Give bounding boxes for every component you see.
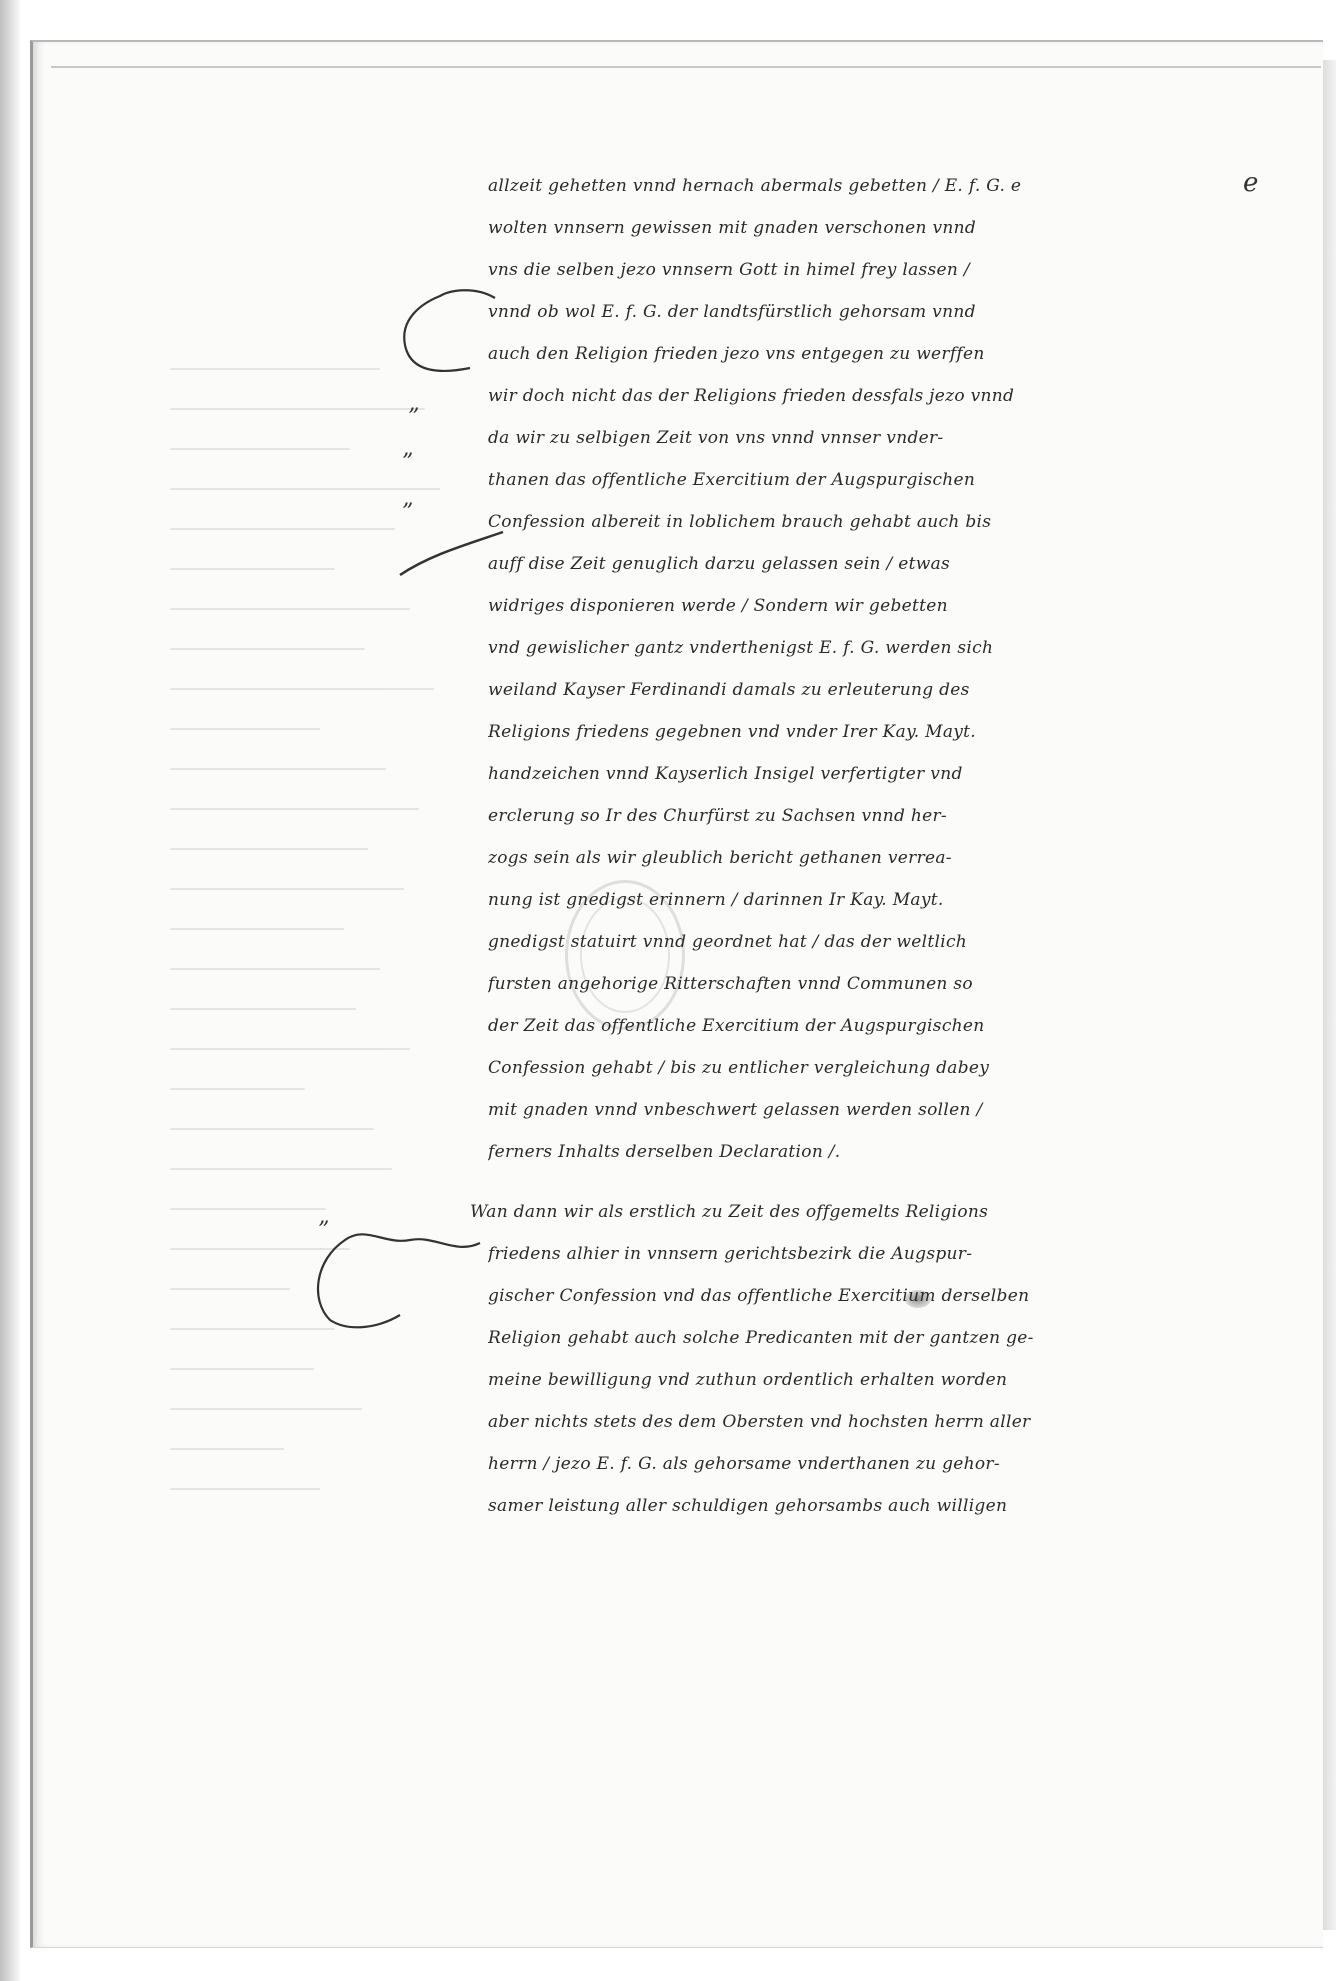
text-line: Confession albereit in loblichem brauch … xyxy=(488,501,1308,543)
text-line: Religion gehabt auch solche Predicanten … xyxy=(488,1317,1308,1359)
text-line: der Zeit das offentliche Exercitium der … xyxy=(488,1005,1308,1047)
text-line: gnedigst statuirt vnnd geordnet hat / da… xyxy=(488,921,1308,963)
margin-mark-3: ” xyxy=(402,500,413,525)
margin-brace-upper-icon xyxy=(380,290,500,400)
text-line: friedens alhier in vnnsern gerichtsbezir… xyxy=(488,1233,1308,1275)
binding-shadow xyxy=(0,0,22,1981)
text-line: samer leistung aller schuldigen gehorsam… xyxy=(488,1485,1308,1527)
text-line: mit gnaden vnnd vnbeschwert gelassen wer… xyxy=(488,1089,1308,1131)
text-line: erclerung so Ir des Churfürst zu Sachsen… xyxy=(488,795,1308,837)
text-line: Religions friedens gegebnen vnd vnder Ir… xyxy=(488,711,1308,753)
page-top-edge xyxy=(51,66,1321,72)
margin-mark-1: ” xyxy=(408,405,419,430)
text-line: auch den Religion frieden jezo vns entge… xyxy=(488,333,1308,375)
text-line: vns die selben jezo vnnsern Gott in hime… xyxy=(488,249,1308,291)
margin-mark-4: ” xyxy=(318,1218,329,1243)
paragraph-1: allzeit gehetten vnnd hernach abermals g… xyxy=(488,165,1308,1173)
text-line: meine bewilligung vnd zuthun ordentlich … xyxy=(488,1359,1308,1401)
text-line: wolten vnnsern gewissen mit gnaden versc… xyxy=(488,207,1308,249)
text-line: aber nichts stets des dem Obersten vnd h… xyxy=(488,1401,1308,1443)
text-line: wir doch nicht das der Religions frieden… xyxy=(488,375,1308,417)
text-line: ferners Inhalts derselben Declaration /. xyxy=(488,1131,1308,1173)
text-line: vnd gewislicher gantz vnderthenigst E. f… xyxy=(488,627,1308,669)
text-line: auff dise Zeit genuglich darzu gelassen … xyxy=(488,543,1308,585)
margin-brace-lower-icon xyxy=(305,1215,485,1335)
text-line: thanen das offentliche Exercitium der Au… xyxy=(488,459,1308,501)
paragraph-2: Wan dann wir als erstlich zu Zeit des of… xyxy=(488,1191,1308,1527)
text-line: herrn / jezo E. f. G. als gehorsame vnde… xyxy=(488,1443,1308,1485)
text-line: weiland Kayser Ferdinandi damals zu erle… xyxy=(488,669,1308,711)
text-line: vnnd ob wol E. f. G. der landtsfürstlich… xyxy=(488,291,1308,333)
text-line: Wan dann wir als erstlich zu Zeit des of… xyxy=(470,1191,1308,1233)
text-line: fursten angehorige Ritterschaften vnnd C… xyxy=(488,963,1308,1005)
text-line: widriges disponieren werde / Sondern wir… xyxy=(488,585,1308,627)
text-line: da wir zu selbigen Zeit von vns vnnd vnn… xyxy=(488,417,1308,459)
margin-mark-2: ” xyxy=(402,450,413,475)
text-line: zogs sein als wir gleublich bericht geth… xyxy=(488,837,1308,879)
text-line: Confession gehabt / bis zu entlicher ver… xyxy=(488,1047,1308,1089)
text-line: nung ist gnedigst erinnern / darinnen Ir… xyxy=(488,879,1308,921)
text-line: gischer Confession vnd das offentliche E… xyxy=(488,1275,1308,1317)
text-line: allzeit gehetten vnnd hernach abermals g… xyxy=(488,165,1308,207)
manuscript-text: allzeit gehetten vnnd hernach abermals g… xyxy=(488,165,1308,1527)
text-line: handzeichen vnnd Kayserlich Insigel verf… xyxy=(488,753,1308,795)
